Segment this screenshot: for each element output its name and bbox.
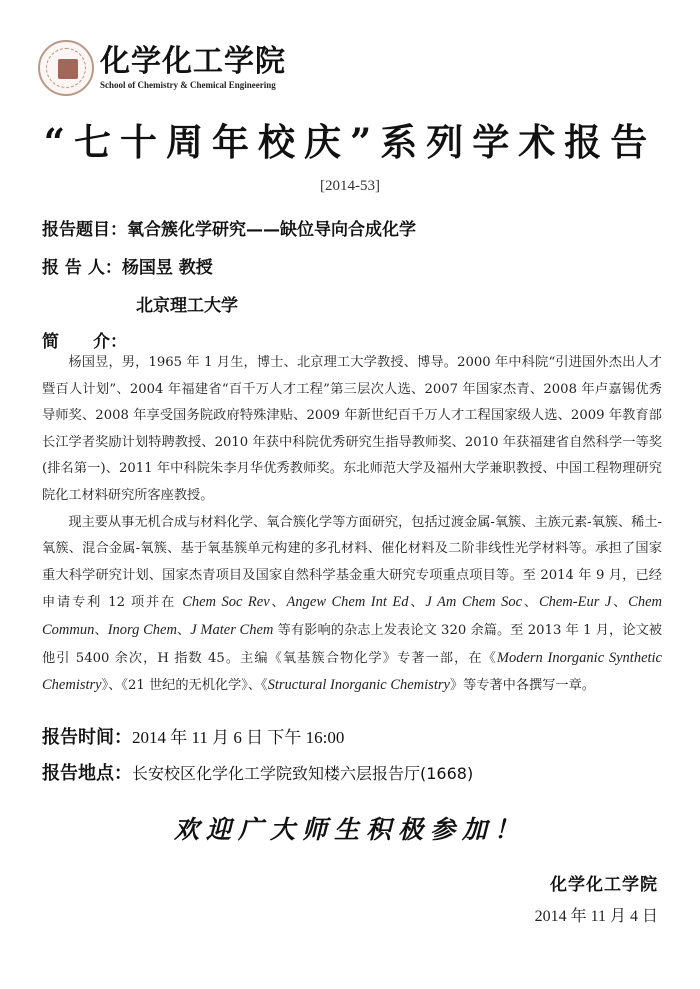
university-seal-icon [38,40,94,96]
time-label: 报告时间： [42,727,132,748]
topic-value: 氧合簇化学研究——缺位导向合成化学 [127,220,416,240]
school-logo: 化学化工学院 School of Chemistry & Chemical En… [38,40,286,96]
speaker-label: 报 告 人： [42,253,122,278]
issue-date: 2014 年 11 月 4 日 [535,903,658,926]
affiliation: 北京理工大学 [136,291,238,316]
bio-paragraph-1: 杨国昱，男，1965 年 1 月生，博士、北京理工大学教授、博导。2000 年中… [42,350,662,510]
location-value: 长安校区化学化工学院致知楼六层报告厅(1668) [132,764,473,783]
document-number: [2014-53] [0,178,700,195]
topic-row: 报告题目：氧合簇化学研究——缺位导向合成化学 [42,215,416,240]
bio-paragraph-2: 现主要从事无机合成与材料化学、氧合簇化学等方面研究，包括过渡金属-氧簇、主族元素… [42,510,662,700]
signature: 化学化工学院 [550,870,658,895]
school-name-en: School of Chemistry & Chemical Engineeri… [100,79,286,91]
topic-label: 报告题目： [42,215,127,240]
time-value: 2014 年 11 月 6 日 下午 16:00 [132,728,344,747]
time-row: 报告时间：2014 年 11 月 6 日 下午 16:00 [42,723,344,749]
school-name-cn: 化学化工学院 [100,45,286,79]
page-title: “七十周年校庆”系列学术报告 [0,112,700,166]
speaker-bio: 杨国昱，男，1965 年 1 月生，博士、北京理工大学教授、博导。2000 年中… [42,350,662,700]
location-label: 报告地点： [42,763,132,784]
location-row: 报告地点：长安校区化学化工学院致知楼六层报告厅(1668) [42,759,473,785]
intro-label: 简 介： [42,327,127,352]
speaker-row: 报 告 人：杨国昱 教授 [42,253,213,278]
speaker-value: 杨国昱 教授 [122,258,213,278]
welcome-message: 欢迎广大师生积极参加！ [0,810,700,846]
